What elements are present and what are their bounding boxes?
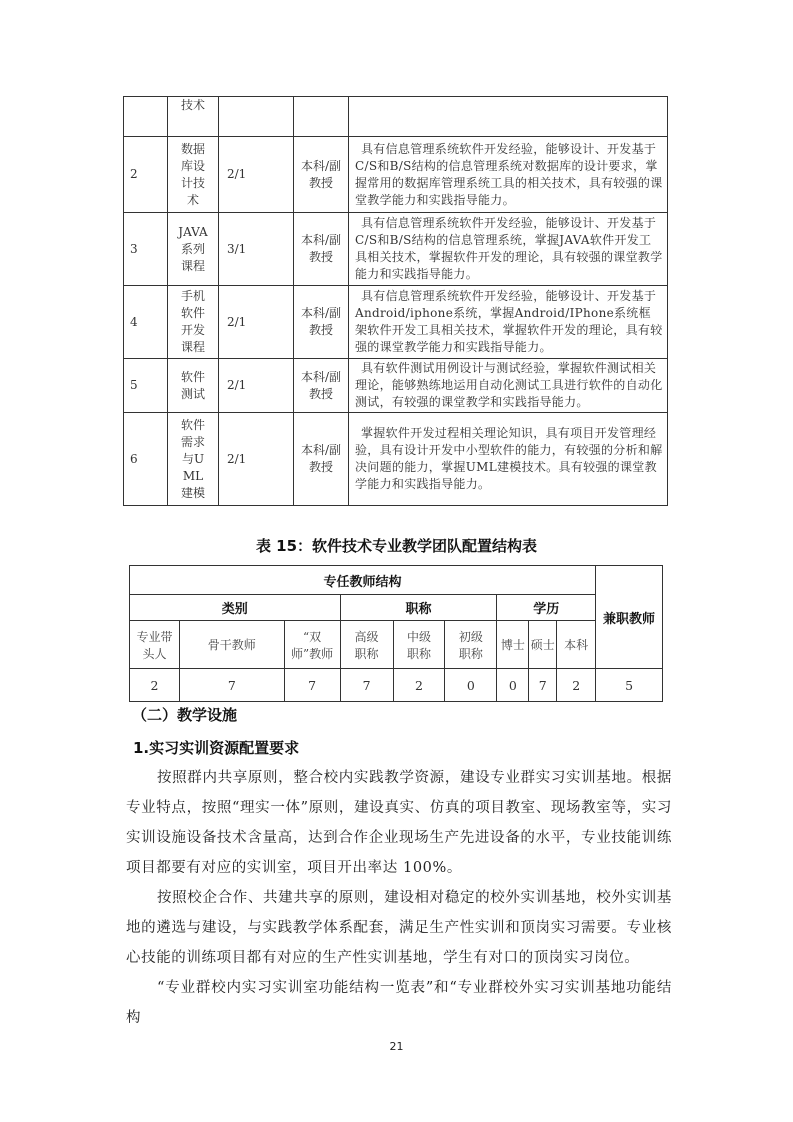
value-cell: 0 <box>497 669 529 702</box>
teacher-ratio: 3/1 <box>219 213 294 286</box>
subheader-cell: 高级职称 <box>340 621 393 669</box>
requirement <box>349 97 668 137</box>
course-name: 手机软件开发课程 <box>168 286 219 359</box>
table-row: 6 软件需求与UML建模 2/1 本科/副教授 掌握软件开发过程相关理论知识，具… <box>124 413 668 506</box>
table-row: 5 软件测试 2/1 本科/副教授 具有软件测试用例设计与测试经验，掌握软件测试… <box>124 359 668 413</box>
header-row: 专任教师结构 兼职教师 <box>130 566 663 595</box>
table-row: 3 JAVA系列课程 3/1 本科/副教授 具有信息管理系统软件开发经验，能够设… <box>124 213 668 286</box>
value-cell: 7 <box>284 669 340 702</box>
row-number: 4 <box>124 286 168 359</box>
degree-title: 本科/副教授 <box>294 213 349 286</box>
value-cell: 2 <box>130 669 180 702</box>
row-number: 2 <box>124 137 168 213</box>
course-name: 软件测试 <box>168 359 219 413</box>
degree-title: 本科/副教授 <box>294 286 349 359</box>
course-name: JAVA系列课程 <box>168 213 219 286</box>
value-cell: 0 <box>445 669 497 702</box>
teacher-ratio: 2/1 <box>219 137 294 213</box>
section-heading: （二）教学设施 <box>132 704 237 725</box>
value-cell: 7 <box>529 669 557 702</box>
subheader-cell: 初级职称 <box>445 621 497 669</box>
subheader-row: 专业带头人 骨干教师 “双师”教师 高级职称 中级职称 初级职称 博士 硕士 本… <box>130 621 663 669</box>
row-number <box>124 97 168 137</box>
table-caption: 表 15：软件技术专业教学团队配置结构表 <box>0 535 793 556</box>
table-row: 技术 <box>124 97 668 137</box>
course-name: 技术 <box>168 97 219 137</box>
group-header: 专任教师结构 <box>130 566 596 595</box>
teacher-ratio: 2/1 <box>219 359 294 413</box>
paragraph: 按照校企合作、共建共享的原则，建设相对稳定的校外实训基地，校外实训基地的遴选与建… <box>126 883 672 973</box>
degree-title <box>294 97 349 137</box>
subheader-cell: 骨干教师 <box>179 621 284 669</box>
course-name: 软件需求与UML建模 <box>168 413 219 506</box>
row-number: 6 <box>124 413 168 506</box>
teacher-ratio: 2/1 <box>219 413 294 506</box>
subheader-cell: 硕士 <box>529 621 557 669</box>
requirement: 掌握软件开发过程相关理论知识，具有项目开发管理经验，具有设计开发中小型软件的能力… <box>349 413 668 506</box>
category-row: 类别 职称 学历 <box>130 595 663 621</box>
subheader-cell: 博士 <box>497 621 529 669</box>
subheader-cell: “双师”教师 <box>284 621 340 669</box>
subheader-cell: 本科 <box>557 621 596 669</box>
degree-title: 本科/副教授 <box>294 137 349 213</box>
teacher-ratio: 2/1 <box>219 286 294 359</box>
table-row: 4 手机软件开发课程 2/1 本科/副教授 具有信息管理系统软件开发经验，能够设… <box>124 286 668 359</box>
value-cell: 2 <box>557 669 596 702</box>
value-cell: 2 <box>393 669 445 702</box>
degree-title: 本科/副教授 <box>294 359 349 413</box>
value-row: 2 7 7 7 2 0 0 7 2 5 <box>130 669 663 702</box>
requirement: 具有软件测试用例设计与测试经验，掌握软件测试相关理论，能够熟练地运用自动化测试工… <box>349 359 668 413</box>
part-time-header: 兼职教师 <box>596 566 663 669</box>
requirement: 具有信息管理系统软件开发经验，能够设计、开发基于C/S和B/S结构的信息管理系统… <box>349 137 668 213</box>
subsection-heading: 1.实习实训资源配置要求 <box>133 737 299 758</box>
degree-title: 本科/副教授 <box>294 413 349 506</box>
category-header: 学历 <box>497 595 596 621</box>
row-number: 3 <box>124 213 168 286</box>
value-cell: 7 <box>340 669 393 702</box>
paragraph: 按照群内共享原则，整合校内实践教学资源，建设专业群实习实训基地。根据专业特点，按… <box>126 763 672 883</box>
part-time-value: 5 <box>596 669 663 702</box>
course-name: 数据库设计技术 <box>168 137 219 213</box>
category-header: 类别 <box>130 595 341 621</box>
requirement: 具有信息管理系统软件开发经验，能够设计、开发基于Android/iphone系统… <box>349 286 668 359</box>
row-number: 5 <box>124 359 168 413</box>
teacher-requirements-table: 技术 2 数据库设计技术 2/1 本科/副教授 具有信息管理系统软件开发经验，能… <box>123 96 668 506</box>
teacher-ratio <box>219 97 294 137</box>
team-structure-table: 专任教师结构 兼职教师 类别 职称 学历 专业带头人 骨干教师 “双师”教师 高… <box>129 565 663 702</box>
subheader-cell: 中级职称 <box>393 621 445 669</box>
paragraph: “专业群校内实习实训室功能结构一览表”和“专业群校外实习实训基地功能结构 <box>126 973 672 1033</box>
value-cell: 7 <box>179 669 284 702</box>
category-header: 职称 <box>340 595 497 621</box>
subheader-cell: 专业带头人 <box>130 621 180 669</box>
page-number: 21 <box>0 1040 793 1053</box>
requirement: 具有信息管理系统软件开发经验，能够设计、开发基于C/S和B/S结构的信息管理系统… <box>349 213 668 286</box>
table-row: 2 数据库设计技术 2/1 本科/副教授 具有信息管理系统软件开发经验，能够设计… <box>124 137 668 213</box>
